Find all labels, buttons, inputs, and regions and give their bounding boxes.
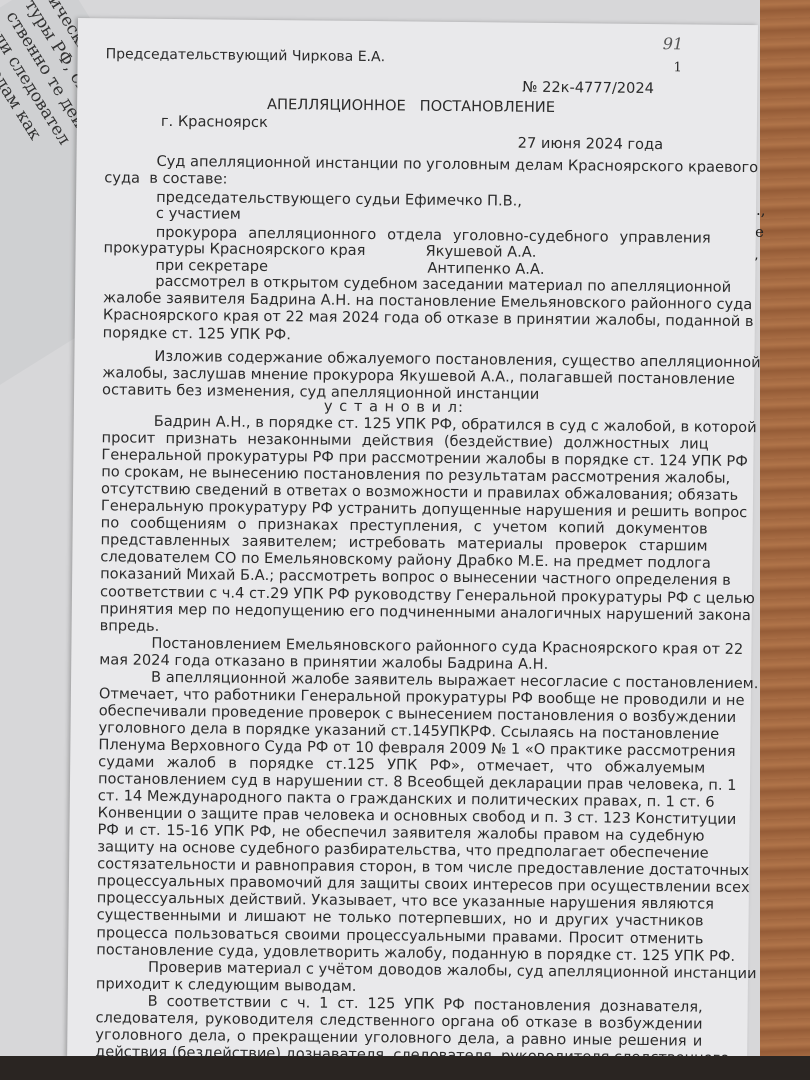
- case-number: № 22к-4777/2024: [522, 79, 654, 97]
- court-intro-line2: суда в составе:: [104, 169, 227, 187]
- appeal-ruling-page: Председательствующий Чиркова Е.А. 91 1 №…: [67, 18, 758, 1065]
- prosecutor-office: прокуратуры Красноярского края: [104, 239, 366, 259]
- document-date: 27 июня 2024 года: [518, 135, 664, 154]
- court-intro-line1: Суд апелляционной инстанции по уголовным…: [156, 153, 758, 176]
- prosecutor-line-word: управления: [620, 229, 711, 247]
- prosecutor-line-word: отдела: [387, 226, 442, 244]
- prosecutor-name: Якушевой А.А.: [425, 243, 536, 261]
- section-heading-established: у с т а н о в и л:: [324, 398, 464, 416]
- document-title: АПЕЛЛЯЦИОННОЕ ПОСТАНОВЛЕНИЕ: [267, 96, 555, 116]
- city: г. Красноярск: [161, 113, 268, 131]
- page-number: 1: [673, 60, 681, 75]
- page-bottom-edge-shadow: [0, 1056, 810, 1080]
- participation-label: с участием: [156, 205, 241, 223]
- presiding-judge: Председательствующий Чиркова Е.А.: [106, 46, 386, 65]
- handwritten-page-mark: 91: [663, 34, 684, 53]
